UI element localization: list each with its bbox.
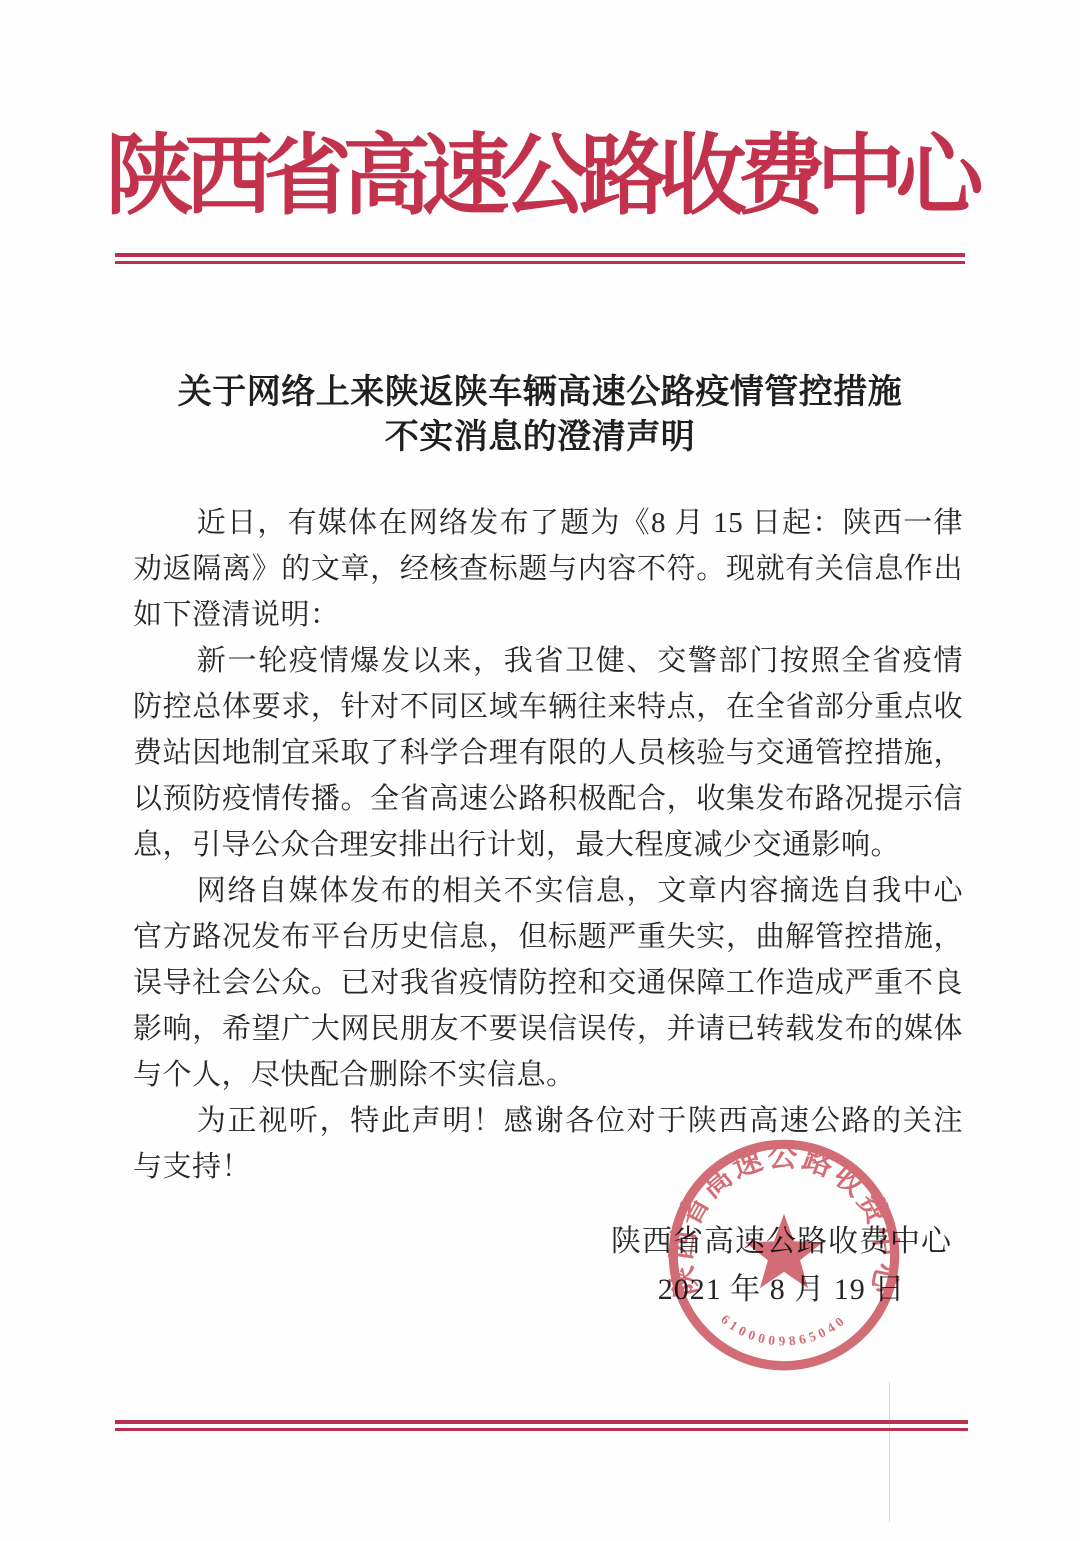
paragraph-measures: 新一轮疫情爆发以来，我省卫健、交警部门按照全省疫情防控总体要求，针对不同区域车辆… (133, 638, 963, 868)
letterhead-divider-rule (115, 253, 965, 264)
document-title: 关于网络上来陕返陕车辆高速公路疫情管控措施 不实消息的澄清声明 (0, 370, 1080, 460)
svg-text:6100009865040: 6100009865040 (718, 1311, 850, 1348)
seal-code: 6100009865040 (718, 1311, 850, 1348)
document-title-line-1: 关于网络上来陕返陕车辆高速公路疫情管控措施 (178, 374, 903, 411)
signature-org: 陕西省高速公路收费中心 (611, 1218, 952, 1266)
scanned-letter-page: 陕西省高速公路收费中心 关于网络上来陕返陕车辆高速公路疫情管控措施 不实消息的澄… (0, 0, 1080, 1541)
signature-date: 2021 年 8 月 19 日 (611, 1266, 952, 1314)
paragraph-false-info: 网络自媒体发布的相关不实信息，文章内容摘选自我中心官方路况发布平台历史信息，但标… (133, 868, 963, 1098)
scan-artifact-line (889, 1382, 890, 1522)
paragraph-closing: 为正视听，特此声明！感谢各位对于陕西高速公路的关注与支持！ (133, 1098, 963, 1190)
footer-divider-rule (115, 1420, 968, 1431)
letter-body: 近日，有媒体在网络发布了题为《8 月 15 日起：陕西一律劝返隔离》的文章，经核… (133, 500, 963, 1190)
document-title-line-2: 不实消息的澄清声明 (385, 419, 696, 456)
paragraph-intro: 近日，有媒体在网络发布了题为《8 月 15 日起：陕西一律劝返隔离》的文章，经核… (133, 500, 963, 638)
letterhead-org-name: 陕西省高速公路收费中心 (0, 0, 1080, 227)
signature-block: 陕西省高速公路收费中心 2021 年 8 月 19 日 (611, 1218, 952, 1314)
